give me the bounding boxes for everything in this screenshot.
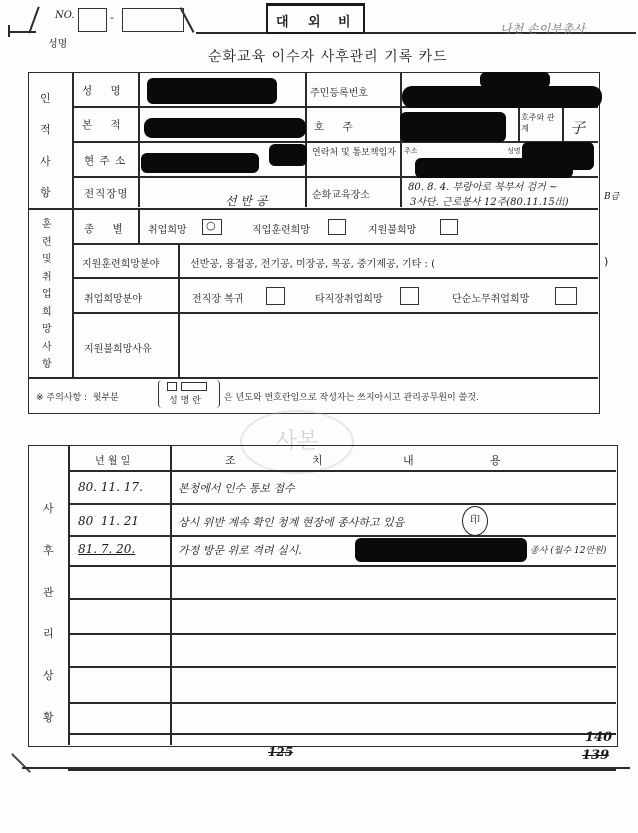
grid-line [138, 72, 140, 207]
job-opt3-checkbox[interactable] [555, 287, 577, 305]
origin-field-label: 본 적 [82, 117, 122, 132]
table-row-line [68, 470, 616, 472]
page-number-top: 140 [585, 730, 612, 745]
page-number-bottom: 139 [582, 748, 609, 763]
opt-employment-checkbox[interactable]: ○ [202, 219, 222, 235]
section-label-personal: 인 적 사 항 [40, 90, 51, 200]
grid-line [138, 208, 140, 243]
section-char: 업 [42, 285, 52, 300]
field-options: 선반공, 용접공, 전기공, 미장공, 목공, 중기제공, 기타 : ( [190, 255, 435, 270]
bracket-line [28, 7, 39, 34]
col-date-header: 년 월 일 [95, 452, 130, 467]
head-label: 호 주 [314, 119, 354, 134]
place-value-line2: 3사단. 근로봉사 12주(80.11.15出) [410, 193, 569, 208]
redacted-origin [144, 118, 306, 138]
section-char: 항 [40, 184, 51, 200]
field-close: ) [604, 255, 608, 268]
redacted-workplace [355, 538, 527, 562]
section-char: 관 [43, 584, 54, 600]
section-char: 황 [43, 709, 54, 725]
table-row-line [68, 733, 616, 735]
col-action-header-char: 용 [490, 452, 501, 468]
section-char: 취 [42, 268, 52, 283]
section-char: 항 [42, 355, 52, 370]
relation-label: 호주와 관계 [521, 112, 559, 134]
redacted-rrn [402, 86, 602, 108]
contact-label: 연락처 및 통보책임자 [312, 147, 397, 160]
section-char: 및 [42, 250, 52, 265]
section-char: 망 [42, 320, 52, 335]
page-title: 순화교육 이수자 사후관리 기록 카드 [208, 46, 448, 66]
redacted-head [400, 112, 506, 142]
entry-date: 80. 11. 17. [78, 480, 143, 494]
opt-training-checkbox[interactable] [328, 219, 346, 235]
signature: 나천 손이부총사 [500, 20, 585, 37]
type-label: 종 별 [84, 221, 124, 236]
notice-box-small [167, 382, 177, 391]
place-value-line1: 80. 8. 4. 부랑아로 북부서 검거 ~ [408, 178, 557, 193]
section-char: 상 [43, 667, 54, 683]
field-label: 지원훈련희망분야 [82, 255, 159, 270]
redacted-address-2 [269, 144, 307, 166]
redacted-rrn-top [480, 72, 550, 88]
entry-action-tail: 종사 (월수 12만원) [530, 543, 606, 556]
job-opt1-checkbox[interactable] [266, 287, 285, 305]
entry-action: 본청에서 인수 통보 접수 [178, 480, 295, 496]
opt-none-label: 지원불희망 [368, 221, 416, 236]
job-opt2-checkbox[interactable] [400, 287, 419, 305]
section-char: 희 [42, 303, 52, 318]
notice-bracket: 성 명 란 [158, 380, 220, 408]
check-mark: ○ [206, 219, 216, 232]
job-opt3-label: 단순노무취업희망 [452, 290, 529, 305]
grid-line [305, 72, 307, 207]
contact-name-label: 성명 [507, 146, 521, 156]
seal-stamp: 印 [462, 506, 488, 536]
rrn-label: 주민등록번호 [310, 84, 368, 99]
page-number-mid: 125 [268, 745, 293, 759]
grid-line [68, 445, 70, 745]
grid-line [28, 208, 598, 210]
table-row-line [68, 535, 616, 537]
redacted-contact-address [415, 158, 573, 178]
grid-line [170, 445, 172, 745]
classification-stamp: 대 외 비 [266, 3, 365, 34]
table-row-line [68, 702, 616, 704]
dash-separator: - [110, 11, 114, 24]
relation-value: 子 [570, 117, 585, 138]
name-label: 성명 [48, 35, 67, 50]
entry-date: 81. 7. 20. [78, 542, 135, 556]
grid-line [72, 277, 598, 279]
grid-line [72, 243, 598, 245]
address-field-label: 현 주 소 [84, 153, 126, 168]
no-label: NO. [55, 10, 75, 21]
grid-line [178, 243, 180, 377]
col-action-header-char: 내 [403, 452, 414, 468]
section-char: 적 [40, 121, 51, 137]
seal-text: 印 [470, 515, 480, 526]
classification-char: 외 [308, 11, 321, 30]
notice-prefix: ※ 주의사항 : 윗부분 [36, 390, 119, 403]
job-opt2-label: 타직장취업희망 [315, 290, 383, 305]
number-field[interactable] [122, 8, 184, 32]
entry-action: 가정 방문 위로 격려 실시. [178, 542, 302, 558]
place-label: 순화교육장소 [312, 186, 370, 201]
redacted-name [147, 78, 277, 104]
classification-char: 비 [338, 11, 351, 30]
table-row-line [68, 598, 616, 600]
entry-date: 80 11. 21 [78, 514, 139, 528]
notice-box-large [181, 382, 207, 391]
grid-line [28, 377, 598, 379]
section-char: 사 [42, 338, 52, 353]
section-char: 후 [43, 542, 54, 558]
table-row-line [68, 503, 616, 505]
table-row-line [68, 769, 616, 771]
col-action-header-char: 치 [312, 452, 323, 468]
opt-employment-label: 취업희망 [148, 221, 187, 236]
grid-line [72, 72, 74, 377]
section-label-training: 훈 련 및 취 업 희 망 사 항 [42, 215, 52, 370]
section-char: 훈 [42, 215, 52, 230]
section-char: 련 [42, 233, 52, 248]
prev-job-value: 선 반 공 [225, 192, 267, 209]
entry-action: 상시 위반 계속 확인 청계 현장에 종사하고 있음 [178, 514, 404, 530]
section-char: 리 [43, 625, 54, 641]
grid-line [518, 108, 520, 142]
job-label: 취업희망분야 [84, 290, 142, 305]
name-field-label: 성 명 [82, 83, 122, 98]
section-char: 사 [43, 500, 54, 516]
bracket-line [11, 753, 31, 773]
section-char: 사 [40, 153, 51, 169]
table-row-line [68, 565, 616, 567]
notice-text: 은 년도와 번호란임으로 작성자는 쓰지아시고 관리공무원이 쓸것. [224, 390, 479, 403]
year-field[interactable] [78, 8, 107, 32]
classification-char: 대 [276, 11, 289, 30]
place-grade: B급 [604, 189, 619, 202]
grid-line [562, 108, 564, 142]
job-opt1-label: 전직장 복귀 [192, 290, 243, 305]
grid-line [72, 141, 598, 143]
opt-training-label: 직업훈련희망 [252, 221, 310, 236]
table-row-line [68, 633, 616, 635]
redacted-address [141, 153, 259, 173]
notice-bracket-label: 성 명 란 [169, 393, 201, 406]
opt-none-checkbox[interactable] [440, 219, 458, 235]
bracket-line [8, 31, 36, 33]
reason-label: 지원불희망사유 [84, 340, 152, 355]
contact-address-label: 주소 [404, 146, 418, 156]
section-char: 인 [40, 90, 51, 106]
prev-job-label: 전직장명 [84, 186, 129, 201]
grid-line [72, 312, 598, 314]
section-label-followup: 사 후 관 리 상 황 [43, 500, 54, 725]
table-row-line [68, 666, 616, 668]
footer-rule [22, 767, 630, 769]
col-action-header-char: 조 [225, 452, 236, 468]
